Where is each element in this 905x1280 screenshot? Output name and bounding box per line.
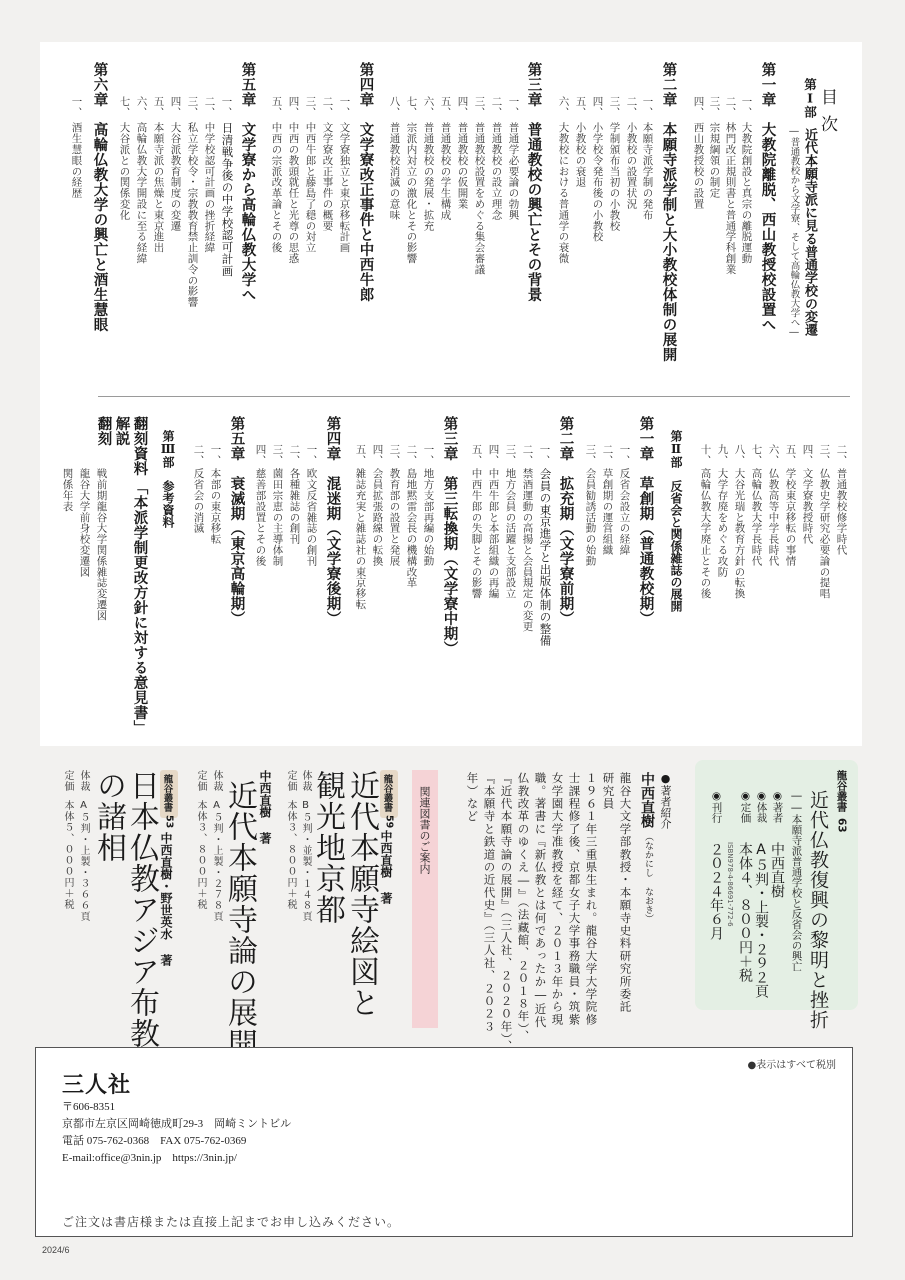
- author-bio-line-3: １９６１年三重県生まれ。龍谷大学大学院修: [585, 772, 597, 1026]
- p1-ch2-num: 第二章: [661, 62, 676, 107]
- p2-ch1-num: 第一章: [638, 416, 653, 461]
- p1-ch2-s4-num: 四、: [592, 96, 603, 118]
- p2-ch2-s3: 地方会員の活躍と支部設立: [505, 468, 516, 599]
- p2-ch3-s3-num: 三、: [389, 444, 400, 466]
- p1-ch4-s3-num: 三、: [305, 96, 316, 118]
- related1-title-line2: 観光地京都: [312, 770, 342, 925]
- p1-ch5-s6-num: 六、: [136, 96, 147, 118]
- part3-item1-title: 「本派学制更改方針に対する意見書」: [132, 480, 147, 735]
- p1-ch2-s1-num: 一、: [642, 96, 653, 118]
- p2-ch3-s1: 地方支部再編の始動: [423, 468, 434, 566]
- part3-title: 参考資料: [162, 480, 174, 528]
- p2-ch4-s3-num: 三、: [272, 444, 283, 466]
- p1-ch1-s1: 大教院創設と真宗の離脱運動: [741, 122, 752, 264]
- p1-ch1-s4-num: 四、: [693, 96, 704, 118]
- p1-ch6-s10-num: 十、: [700, 444, 711, 466]
- p2-ch4-s3: 薗田宗恵の主導体制: [272, 468, 283, 566]
- p1-ch1-s3: 宗規綱領の制定: [709, 122, 720, 198]
- p2-ch2-s5-num: 五、: [471, 444, 482, 466]
- p2-ch1-s1-num: 一、: [619, 444, 630, 466]
- p1-ch3-s8: 普通教校消滅の意味: [389, 122, 400, 220]
- related2-format-label: 体裁: [211, 770, 221, 792]
- p1-ch3-s7-num: 七、: [406, 96, 417, 118]
- p2-ch3-s1-num: 一、: [423, 444, 434, 466]
- p1-ch3-s3-num: 三、: [474, 96, 485, 118]
- p1-ch5-s1: 日清戦争後の中学校認可計画: [221, 122, 233, 277]
- part3-item1-label: 翻刻資料: [132, 416, 147, 476]
- p2-ch5-num: 第五章: [229, 416, 244, 461]
- p1-ch4-s2: 文学寮改正事件の概要: [322, 122, 333, 231]
- p1-ch2-s3: 学制頒布当初の小教校: [609, 122, 620, 231]
- p1-ch5-s7-num: 七、: [119, 96, 130, 118]
- p1-ch2-s2: 小教校の設置状況: [626, 122, 637, 209]
- p1-ch6-s1: 酒生慧眼の経歴: [71, 122, 82, 198]
- p1-ch5-s3: 私立学校令・宗教教育禁止訓令の影響: [187, 122, 198, 307]
- p1-ch6-s3: 仏教史学研究必要論の提唱: [819, 468, 830, 599]
- order-box: ●表示はすべて税別 三人社 〒606-8351 京都市左京区岡崎徳成町29-3 …: [35, 1047, 853, 1237]
- p1-ch2-s6-num: 六、: [558, 96, 569, 118]
- publisher-postal: 〒606-8351: [62, 1098, 115, 1114]
- featured-series: 龍谷叢書: [836, 770, 847, 812]
- spec-format-label: ◉体裁: [756, 790, 767, 823]
- author-bio-line-9: 『本願寺と鉄道の近代史』（三人社、２０２３: [483, 772, 495, 1033]
- publisher-phone[interactable]: 電話 075-762-0368 FAX 075-762-0369: [62, 1132, 246, 1148]
- related1-author: 中西直樹 著: [380, 830, 392, 904]
- related1-format-label: 体裁: [300, 770, 310, 792]
- p1-ch3-s5: 普通教校の学生構成: [440, 122, 451, 220]
- p1-ch5-s2-num: 二、: [204, 96, 215, 118]
- p1-ch5-s4: 大谷派教育制度の変遷: [170, 122, 181, 231]
- p1-ch2-s5-num: 五、: [575, 96, 586, 118]
- p2-ch5-s2-num: 二、: [193, 444, 204, 466]
- p1-ch6-s6: 仏教高等中学長時代: [768, 468, 779, 566]
- p2-ch2-s2-num: 二、: [522, 444, 533, 466]
- p2-ch3-s4: 会員拡張路線の転換: [372, 468, 383, 566]
- related2-title: 近代本願寺論の展開: [224, 780, 254, 1059]
- related3-series-number: 53: [164, 815, 174, 828]
- p1-ch2-s2-num: 二、: [626, 96, 637, 118]
- p1-ch3-num: 第三章: [526, 62, 541, 107]
- p1-ch1-s1-num: 一、: [741, 96, 753, 118]
- p2-ch1-s3: 会員勧誘活動の始動: [585, 468, 596, 566]
- isbn: ISBN978-4-86691-772-6: [726, 842, 733, 927]
- p1-ch3-s6-num: 六、: [423, 96, 434, 118]
- p2-ch2-s1: 会員の東京進学と出版体制の整備: [539, 468, 551, 647]
- p2-ch1-s2-num: 二、: [602, 444, 613, 466]
- p1-ch3-title: 普通教校の興亡とその背景: [526, 122, 541, 302]
- p1-ch6-s4: 文学寮教授時代: [802, 468, 813, 544]
- part3-item2-label: 解説: [114, 416, 129, 446]
- p2-ch4-s1: 欧文反省雑誌の創刊: [306, 468, 317, 566]
- author-bio-line-1: 龍谷大文学部教授・本願寺史料研究所委託: [619, 772, 631, 1013]
- p2-ch4-s4: 慈善部設置とその後: [255, 468, 266, 566]
- p2-ch2-s4-num: 四、: [488, 444, 499, 466]
- tax-note: ●表示はすべて税別: [747, 1056, 836, 1071]
- p2-ch3-s4-num: 四、: [372, 444, 383, 466]
- related3-author: 中西直樹・野世英水 著: [160, 832, 172, 966]
- p1-ch3-s6: 普通教校の発展・拡充: [423, 122, 434, 231]
- p1-ch6-s7: 高輪仏教大学長時代: [751, 468, 762, 566]
- p1-ch1-s4: 西山教授校の設置: [693, 122, 704, 209]
- featured-title: 近代仏教復興の黎明と挫折: [808, 790, 827, 1030]
- p2-ch5-s1: 本部の東京移転: [210, 468, 221, 544]
- p2-ch1-s3-num: 三、: [585, 444, 596, 466]
- spec-date-label: ◉刊行: [711, 790, 722, 823]
- spec-author-label: ◉著者: [772, 790, 783, 823]
- p1-ch1-num: 第一章: [760, 62, 775, 107]
- p2-ch2-s5: 中西牛郎の失脚とその影響: [471, 468, 482, 599]
- author-bio-line-10: 年）など: [466, 772, 478, 823]
- author-bio-line-7: 仏教改革のゆくえ―』（法藏館、２０１８年）、: [517, 772, 529, 1042]
- p1-ch4-s3: 中西牛郎と藤島了穏の対立: [305, 122, 316, 253]
- p2-ch4-num: 第四章: [325, 416, 340, 461]
- part3-label: 第Ⅲ部: [162, 430, 174, 468]
- related1-price-label: 定価: [285, 770, 295, 792]
- related2-price: 本体３、８００円＋税: [195, 800, 205, 910]
- p2-ch2-s3-num: 三、: [505, 444, 516, 466]
- author-name: 中西直樹: [640, 772, 654, 828]
- p2-ch5-title: 衰滅期（東京高輪期）: [229, 476, 244, 626]
- p1-ch6-s9: 大学存廃をめぐる攻防: [717, 468, 728, 577]
- p2-ch3-s2-num: 二、: [406, 444, 417, 466]
- part3-item3-line3: 関係年表: [62, 468, 73, 512]
- author-bio-line-5: 女学園大学准教授を経て、２０１３年から現: [551, 772, 563, 1026]
- p2-ch4-s4-num: 四、: [255, 444, 266, 466]
- p1-ch3-s8-num: 八、: [389, 96, 400, 118]
- related3-series-tag: 龍谷叢書: [160, 770, 178, 818]
- related3-format-label: 体裁: [78, 770, 88, 792]
- p1-ch6-s8: 大谷光瑞と教育方針の転換: [734, 468, 745, 599]
- p1-ch1-title: 大教院離脱、西山教授校設置へ: [760, 122, 775, 332]
- p1-ch3-s7: 宗派内対立の激化とその影響: [406, 122, 417, 264]
- p1-ch2-s4: 小学校令発布後の小教校: [592, 122, 603, 242]
- p1-ch3-s1-num: 一、: [508, 96, 519, 118]
- p1-ch6-s5-num: 五、: [785, 444, 796, 466]
- p1-ch3-s4-num: 四、: [457, 96, 468, 118]
- p1-ch4-s4-num: 四、: [288, 96, 299, 118]
- p1-ch6-s3-num: 三、: [819, 444, 830, 466]
- p1-ch6-s1-num: 一、: [71, 96, 82, 118]
- p1-ch6-s9-num: 九、: [717, 444, 728, 466]
- p2-ch3-s5-num: 五、: [355, 444, 366, 466]
- featured-series-number: 63: [836, 818, 847, 833]
- related3-series: 龍谷叢書: [162, 774, 172, 812]
- order-note: ご注文は書店様または直接上記までお申し込みください。: [62, 1213, 400, 1230]
- spec-price-label: ◉定価: [740, 790, 751, 823]
- p1-ch6-s4-num: 四、: [802, 444, 813, 466]
- p1-ch5-s7: 大谷派との関係変化: [119, 122, 130, 220]
- p2-ch3-title: 第三転換期（文学寮中期）: [442, 476, 457, 656]
- p1-ch6-s10: 高輪仏教大学廃止とその後: [700, 468, 711, 599]
- p2-ch3-s3: 教育部の設置と発展: [389, 468, 400, 566]
- p2-ch2-s2: 禁酒運動の高揚と会員規定の変更: [522, 468, 533, 632]
- p1-ch5-s5: 本願寺派の焦燥と東京進出: [153, 122, 164, 253]
- p1-ch1-s3-num: 三、: [709, 96, 720, 118]
- author-bio-line-2: 研究員: [602, 772, 614, 810]
- p1-ch4-s1: 文学寮独立と東京移転計画: [339, 122, 350, 253]
- publisher-web[interactable]: E-mail:office@3nin.jp https://3nin.jp/: [62, 1149, 237, 1165]
- p2-ch4-s1-num: 一、: [306, 444, 317, 466]
- part3-item3-line2: 龍谷大学前身校変遷図: [79, 468, 90, 577]
- p1-ch5-s4-num: 四、: [170, 96, 181, 118]
- part1-title: 近代本願寺派に見る普通学校の変遷: [803, 128, 816, 336]
- p1-ch4-s4: 中西の教頭就任と光尊の思惑: [288, 122, 299, 264]
- p2-ch3-num: 第三章: [442, 416, 457, 461]
- p1-ch6-s7-num: 七、: [751, 444, 762, 466]
- p2-ch5-s2: 反省会の消滅: [193, 468, 204, 533]
- p1-ch1-s2: 林門改正規則書と普通学科創業: [725, 122, 736, 275]
- p1-ch6-s5: 学校東京移転の事情: [785, 468, 796, 566]
- related3-format: A５判・上製・３６６頁: [78, 800, 88, 922]
- related1-title-line1: 近代本願寺絵図と: [346, 770, 376, 1018]
- p1-ch5-s5-num: 五、: [153, 96, 164, 118]
- p1-ch3-s2-num: 二、: [491, 96, 502, 118]
- p1-ch4-s5: 中西の宗派改革論とその後: [271, 122, 282, 253]
- spec-price-value: 本体４、８００円＋税: [738, 842, 752, 982]
- p1-ch6-s2-num: 二、: [836, 444, 847, 466]
- p1-ch4-s5-num: 五、: [271, 96, 282, 118]
- part3-item3-line1: 戦前期龍谷大学関係雑誌変遷図: [96, 468, 107, 621]
- p1-ch4-s1-num: 一、: [339, 96, 350, 118]
- p1-ch4-num: 第四章: [358, 62, 373, 107]
- p2-ch3-s2: 島地黙雷会長の機構改革: [406, 468, 417, 588]
- p1-ch2-s6: 大教校における普通学の衰微: [558, 122, 569, 264]
- p2-ch1-s2: 草創期の運営組織: [602, 468, 613, 555]
- featured-subtitle: ――本願寺派普通学校と反省会の興亡: [791, 790, 802, 972]
- related-heading: 関連図書のご案内: [419, 786, 430, 874]
- p1-ch6-s6-num: 六、: [768, 444, 779, 466]
- p2-ch2-s1-num: 一、: [539, 444, 550, 466]
- p1-ch6-title: 高輪仏教大学の興亡と酒生慧眼: [92, 122, 107, 332]
- author-bio-line-4: 士課程修了後、京都女子大学事務職員・筑紫: [568, 772, 580, 1026]
- p2-ch2-s4: 中西牛郎と本部組織の再編: [488, 468, 499, 599]
- p2-ch4-s2-num: 二、: [289, 444, 300, 466]
- p1-ch5-s2: 中学校認可計画の挫折経緯: [204, 122, 215, 253]
- p1-ch5-num: 第五章: [240, 62, 255, 107]
- related2-price-label: 定価: [195, 770, 205, 792]
- spec-format-value: A５判・上製・２９２頁: [754, 842, 768, 998]
- toc-divider: [98, 396, 850, 397]
- p1-ch3-s2: 普通教校の設立理念: [491, 122, 502, 220]
- p2-ch2-title: 拡充期（文学寮前期）: [558, 476, 573, 626]
- publisher-name: 三人社: [62, 1068, 131, 1099]
- p2-ch4-title: 混迷期（文学寮後期）: [325, 476, 340, 626]
- p1-ch5-s3-num: 三、: [187, 96, 198, 118]
- p1-ch3-s5-num: 五、: [440, 96, 451, 118]
- author-heading: ●著者紹介: [660, 772, 671, 829]
- p1-ch5-title: 文学寮から高輪仏教大学へ: [240, 122, 255, 302]
- p1-ch2-s5: 小教校の衰退: [575, 122, 586, 187]
- p2-ch1-s1: 反省会設立の経緯: [619, 468, 630, 555]
- p2-ch1-title: 草創期（普通教校期）: [638, 476, 653, 626]
- related-heading-tag: 関連図書のご案内: [412, 770, 438, 1028]
- print-date: 2024/6: [42, 1245, 70, 1255]
- related1-price: 本体３、８００円＋税: [285, 800, 295, 910]
- related2-author: 中西直樹 著: [259, 770, 271, 844]
- p1-ch1-s2-num: 二、: [725, 96, 736, 118]
- related1-format: B５判・並製・１４８頁: [300, 800, 310, 922]
- p1-ch3-s1: 普通学必要論の勃興: [508, 122, 519, 220]
- author-kana: （なかにし なおき）: [643, 832, 652, 923]
- p1-ch5-s1-num: 一、: [221, 96, 232, 118]
- p1-ch2-title: 本願寺派学制と大小教校体制の展開: [661, 122, 676, 362]
- author-bio-line-8: 『近代本願寺論の展開』（三人社、２０２０年）、: [500, 772, 512, 1053]
- part2-title: 反省会と関係雑誌の展開: [670, 480, 682, 612]
- p1-ch2-s1: 本願寺派学制の発布: [642, 122, 653, 220]
- related3-title-line2: の諸相: [93, 770, 123, 863]
- related3-price-label: 定価: [62, 770, 72, 792]
- related1-series-tag: 龍谷叢書: [380, 770, 398, 818]
- related2-format: A５判・上製・２７８頁: [211, 800, 221, 922]
- p1-ch5-s6: 高輪仏教大学開設に至る経緯: [136, 122, 147, 264]
- p1-ch6-s2: 普通教校修学時代: [836, 468, 847, 555]
- p2-ch2-num: 第二章: [558, 416, 573, 461]
- p1-ch6-num: 第六章: [92, 62, 107, 107]
- p2-ch3-s5: 雑誌充実と雑誌社の東京移転: [355, 468, 366, 610]
- p1-ch3-s4: 普通教校の仮開業: [457, 122, 468, 209]
- p1-ch4-title: 文学寮改正事件と中西牛郎: [358, 122, 373, 302]
- related3-price: 本体５、０００円＋税: [62, 800, 72, 910]
- p1-ch6-s8-num: 八、: [734, 444, 745, 466]
- p2-ch5-s1-num: 一、: [210, 444, 221, 466]
- p1-ch2-s3-num: 三、: [609, 96, 620, 118]
- related3-title-line1: 日本仏教アジア布教: [126, 770, 156, 1049]
- part2-label: 第Ⅱ部: [670, 430, 682, 468]
- p1-ch4-s2-num: 二、: [322, 96, 333, 118]
- related1-series-number: 59: [384, 815, 394, 828]
- part1-label: 第Ⅰ部: [803, 78, 816, 118]
- p1-ch3-s3: 普通教校設置をめぐる集会審議: [474, 122, 485, 275]
- spec-author-value: 中西直樹: [770, 842, 784, 898]
- part3-item3-label: 翻刻: [96, 416, 111, 446]
- p2-ch4-s2: 各種雑誌の創刊: [289, 468, 300, 544]
- part1-subtitle: ―普通教校から文学寮、そして高輪仏教大学へ―: [789, 126, 799, 338]
- related1-series: 龍谷叢書: [382, 774, 392, 812]
- author-bio-line-6: 職。著書に『新仏教とは何であったか―近代: [534, 772, 546, 1029]
- spec-date-value: ２０２４年６月: [709, 842, 723, 940]
- publisher-address: 京都市左京区岡崎徳成町29-3 岡崎ミントビル: [62, 1115, 291, 1131]
- toc-heading: 目次: [818, 88, 835, 142]
